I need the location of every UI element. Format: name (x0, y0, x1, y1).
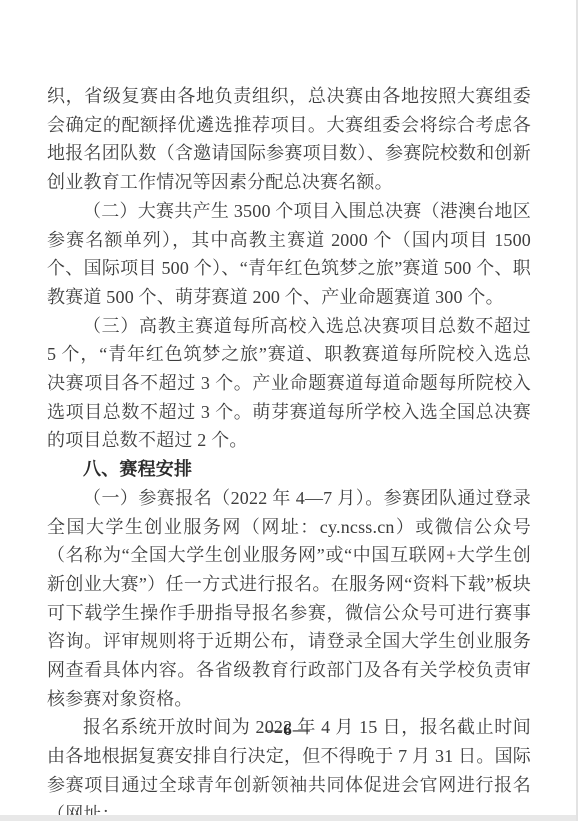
body-paragraph: （三）高教主赛道每所高校入选总决赛项目总数不超过 5 个，“青年红色筑梦之旅”赛… (47, 312, 531, 456)
body-paragraph: 织，省级复赛由各地负责组织，总决赛由各地按照大赛组委会确定的配额择优遴选推荐项目… (47, 82, 531, 197)
document-page: 织，省级复赛由各地负责组织，总决赛由各地按照大赛组委会确定的配额择优遴选推荐项目… (0, 0, 578, 821)
page-edge-shadow (0, 815, 576, 821)
page-number: —6— (0, 720, 576, 740)
section-heading: 八、赛程安排 (47, 455, 531, 484)
body-paragraph: （一）参赛报名（2022 年 4—7 月）。参赛团队通过登录全国大学生创业服务网… (47, 484, 531, 714)
body-paragraph: （二）大赛共产生 3500 个项目入围总决赛（港澳台地区参赛名额单列），其中高教… (47, 197, 531, 312)
document-text-block: 织，省级复赛由各地负责组织，总决赛由各地按照大赛组委会确定的配额择优遴选推荐项目… (47, 82, 531, 821)
